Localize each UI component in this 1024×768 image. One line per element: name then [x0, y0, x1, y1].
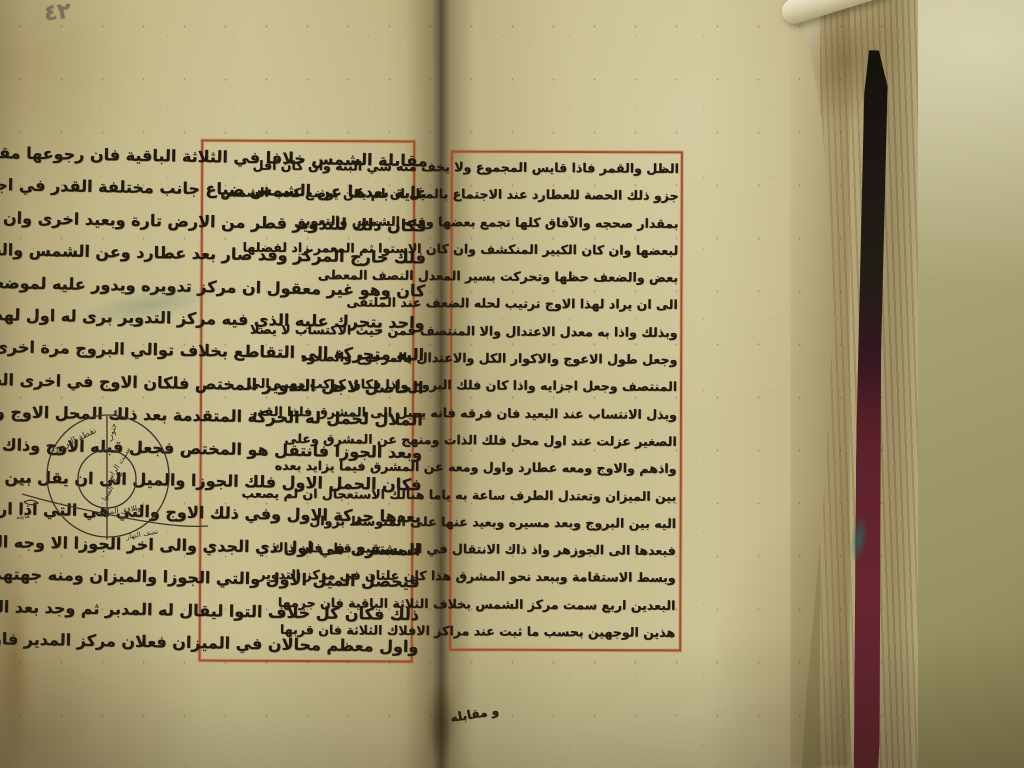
manuscript-text-line: بين الميزان وتعتدل الطرف ساعة به ياما هن… — [451, 481, 676, 510]
right-page-text-block: الظل والقمر فاذا قايس المجموع ولا يخف من… — [450, 153, 679, 647]
manuscript-text-line: واذهم والاوج ومعه عطارد واول ومعه عن الم… — [451, 453, 676, 482]
manuscript-text-line: وبسط الاستقامة وببعد نحو المشرق هذا كان … — [451, 563, 676, 592]
diagram-label-curve-1: والافق المائل — [99, 503, 141, 517]
right-page-edge-shade — [790, 0, 850, 768]
manuscript-text-line: المنتصف وجعل اجزايه واذا كان فلك البروج … — [452, 371, 677, 400]
diagram-margin-squiggle — [24, 500, 38, 505]
manuscript-text-line: اليه بين البروج وبعد مسيره وبعيد عنها عل… — [451, 508, 676, 537]
manuscript-text-line: وبذلك واذا به معدل الاعتدال والا المنتصف… — [452, 317, 677, 346]
manuscript-text-line: الظل والقمر فاذا قايس المجموع ولا يخف من… — [454, 153, 679, 182]
manuscript-text-line: هذين الوجهين بحسب ما ثبت عند مراكز الافل… — [450, 617, 675, 646]
manuscript-text-line: الى ان يراد لهذا الاوج ترتيب لحله الضعف … — [453, 290, 678, 319]
manuscript-text-line: جزو ذلك الحصة للعطارد عند الاجتماع بالمي… — [454, 180, 679, 209]
manuscript-text-line: بعض والضعف حظها وتحركت بسير المعدل النصف… — [453, 262, 678, 291]
manuscript-photo: مقابلة الشمس خلافا في الثلاثة الباقية فا… — [0, 0, 1024, 768]
folio-number: ٤٢ — [43, 0, 72, 26]
diagram-label-ring: نقطة البروج — [53, 426, 98, 455]
manuscript-text-line: فبعدها الى الجوزهر واذ ذاك الانتقال في ا… — [451, 535, 676, 564]
diagram-label-margin-1: زمنيه — [15, 475, 32, 486]
manuscript-text-line: وجعل طول الاعوج والاكوار الكل والاعتدال … — [452, 344, 677, 373]
manuscript-text-line: لبعضها وان كان الكبير المنكشف وان كان ال… — [453, 235, 678, 264]
manuscript-text-line: الصغير عزلت عند اول محل فلك الذات ومنهج … — [452, 426, 677, 455]
diagram-label-margin-2: مايله — [16, 511, 31, 521]
manuscript-text-line: البعدين اربع سمت مركز الشمس بخلاف الثلاث… — [450, 590, 675, 619]
diagram-label-curve-2: نصف النهار — [124, 528, 158, 542]
manuscript-text-line: وبذل الانتساب عند البعيد فان فرقه فانه ي… — [452, 399, 677, 428]
astronomical-diagram: نقطة البروج جنوب سمت الراس نقطه السوا وا… — [14, 380, 228, 582]
manuscript-text-line: بمقدار صحجه والآفاق كلها تجمع بعضها وقت … — [453, 208, 678, 237]
